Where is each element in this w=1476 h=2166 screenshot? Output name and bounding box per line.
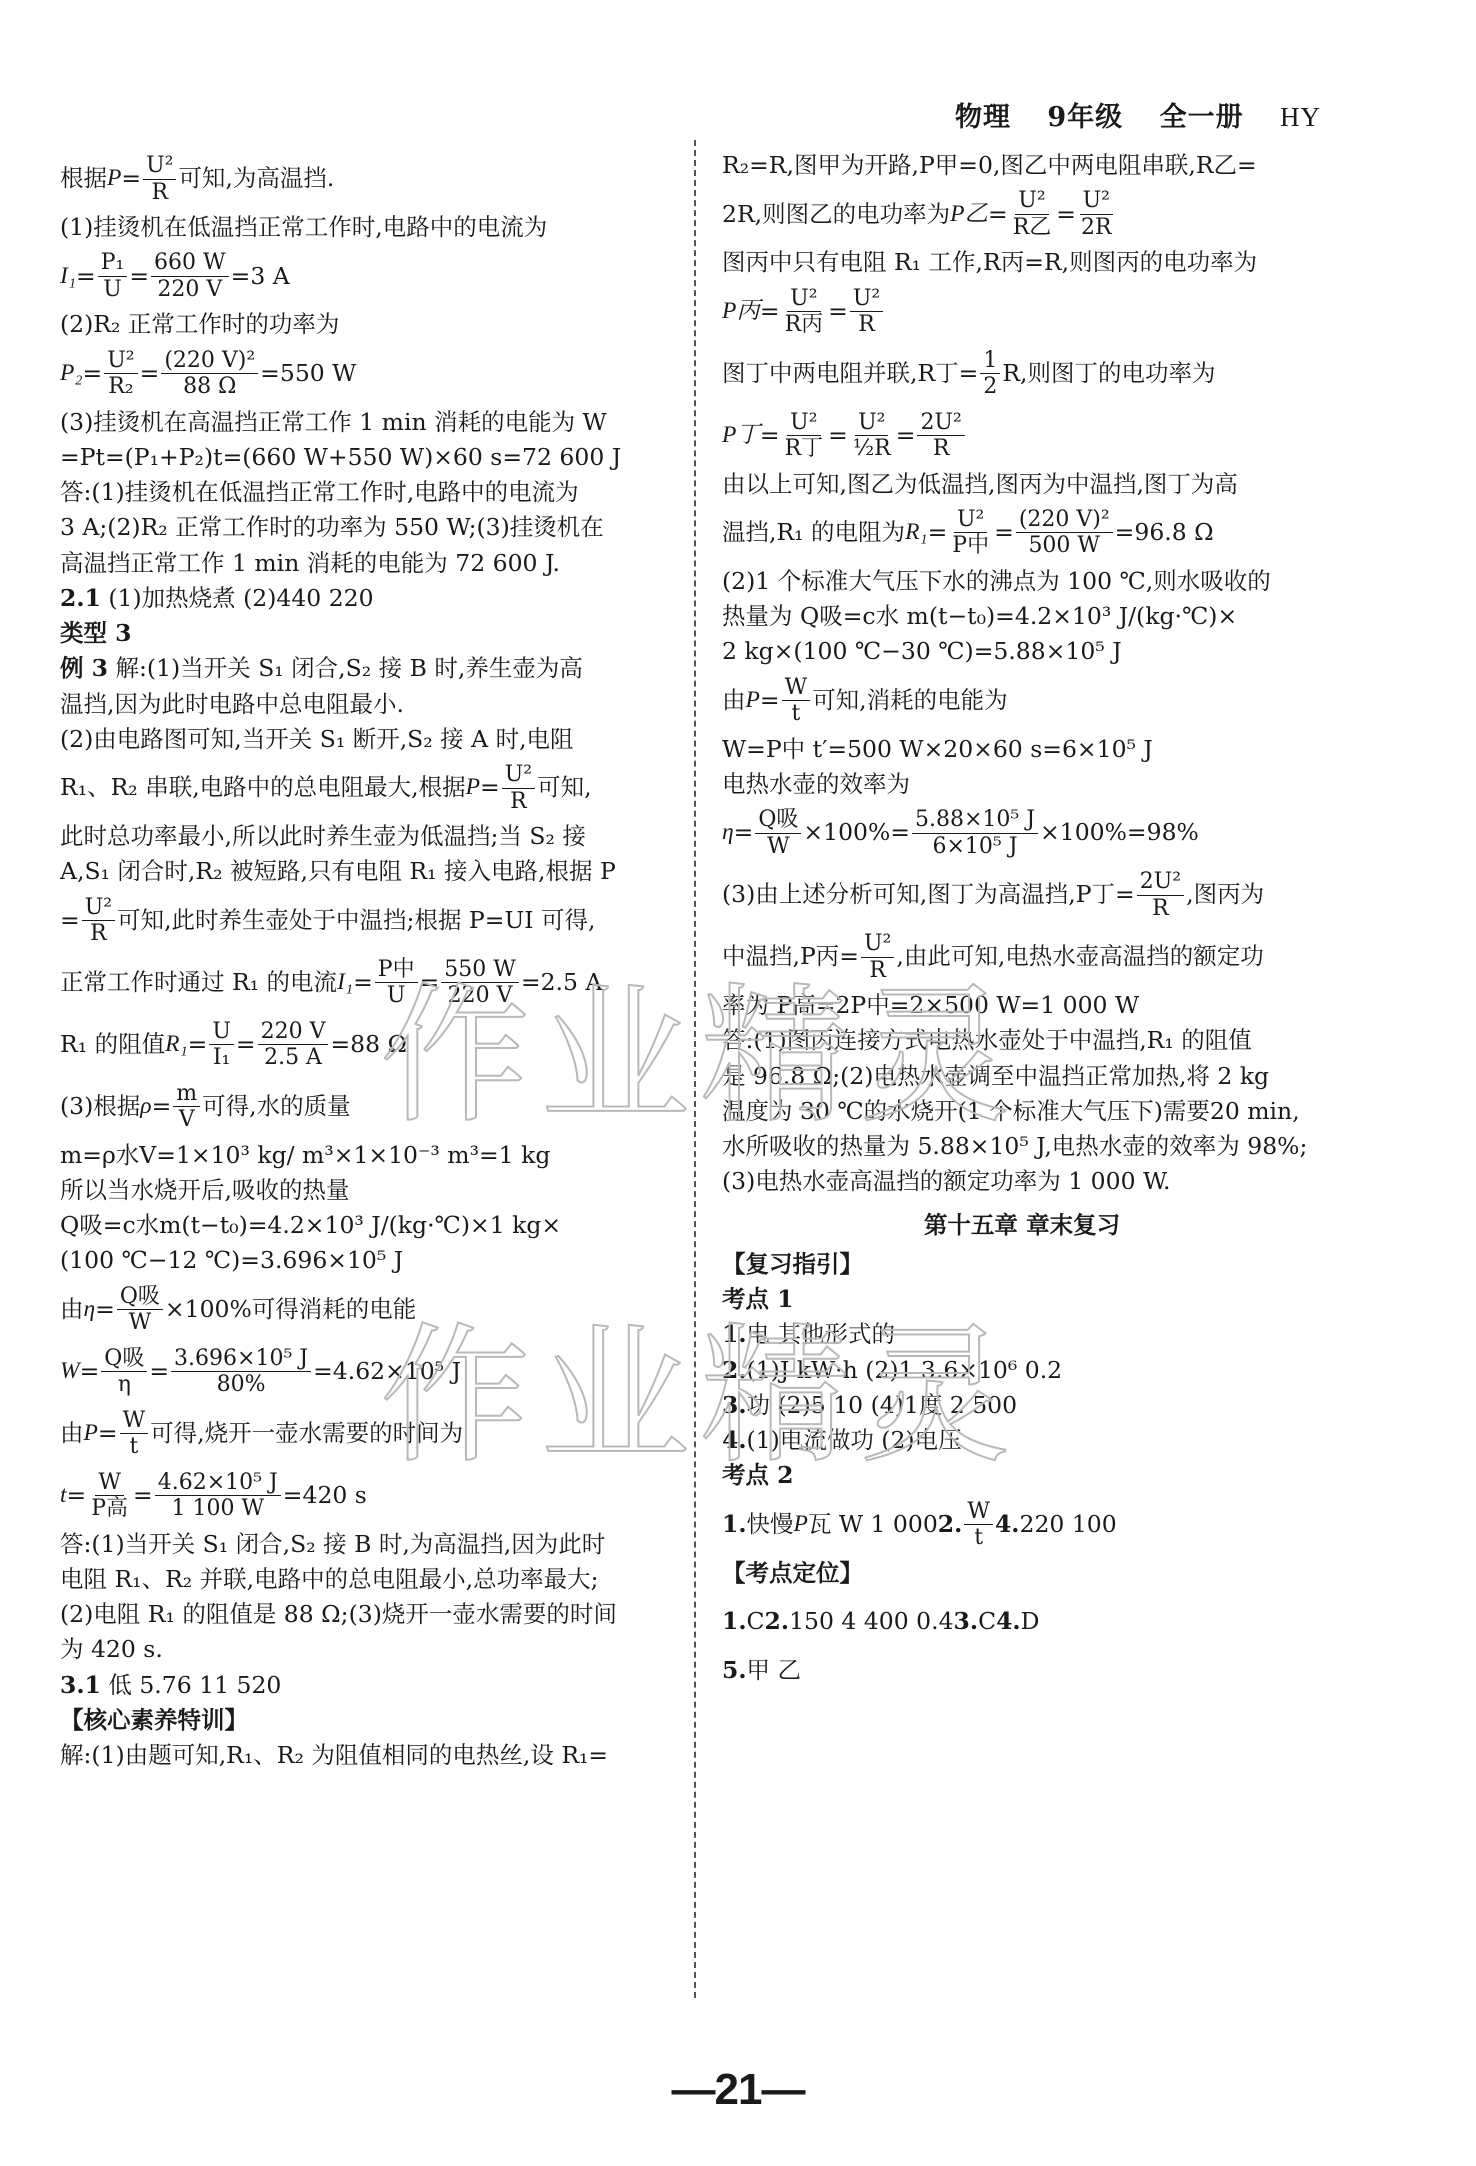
formula-line: 由 P=Wt可知,消耗的电能为 <box>722 670 1322 732</box>
section-heading: 【核心素养特训】 <box>60 1703 660 1738</box>
text-line: 2 kg×(100 ℃−30 ℃)=5.88×10⁵ J <box>722 634 1322 669</box>
formula-line: 根据 P=U²R可知,为高温挡. <box>60 148 660 210</box>
text-line: 图丙中只有电阻 R₁ 工作,R丙=R,则图丙的电功率为 <box>722 245 1322 280</box>
answer-text: 解:(1)当开关 S₁ 闭合,S₂ 接 B 时,养生壶为高 <box>108 654 583 682</box>
grade-label: 9年级 <box>1047 102 1123 133</box>
section-heading: 考点 1 <box>722 1282 1322 1317</box>
formula-line: I₁=P₁U=660 W220 V=3 A <box>60 245 660 307</box>
formula-line: 正常工作时通过 R₁ 的电流 I₁=P中U=550 W220 V=2.5 A <box>60 952 660 1014</box>
text-line: (2)由电路图可知,当开关 S₁ 断开,S₂ 接 A 时,电阻 <box>60 722 660 757</box>
fraction: 2U²R <box>917 410 964 462</box>
page-number: —21— <box>0 2065 1476 2115</box>
formula-line: (3)根据 ρ=mV可得,水的质量 <box>60 1076 660 1138</box>
formula-line: 中温挡,P丙=U²R,由此可知,电热水壶高温挡的额定功 <box>722 926 1322 988</box>
text-line: 答:(1)当开关 S₁ 闭合,S₂ 接 B 时,为高温挡,因为此时 <box>60 1527 660 1562</box>
fraction: 3.696×10⁵ J80% <box>171 1346 311 1398</box>
text-line: 3 A;(2)R₂ 正常工作时的功率为 550 W;(3)挂烫机在 <box>60 510 660 545</box>
text-line: (3)电热水壶高温挡的额定功率为 1 000 W. <box>722 1164 1322 1199</box>
answer-label: 3.1 <box>60 1671 101 1699</box>
text-line: 解:(1)由题可知,R₁、R₂ 为阻值相同的电热丝,设 R₁= <box>60 1738 660 1773</box>
formula-line: R₁ 的阻值 R₁=UI₁=220 V2.5 A=88 Ω <box>60 1014 660 1076</box>
text-line: (2)R₂ 正常工作时的功率为 <box>60 307 660 342</box>
fraction: U²R <box>861 931 894 983</box>
text-line: 水所吸收的热量为 5.88×10⁵ J,电热水壶的效率为 98%; <box>722 1129 1322 1164</box>
answer-label: 2.1 <box>60 584 101 612</box>
fraction: U²P中 <box>949 507 992 559</box>
formula-line: 图丁中两电阻并联,R丁=12R,则图丁的电功率为 <box>722 343 1322 405</box>
edition-label: HY <box>1280 102 1321 132</box>
text-line: 是 96.8 Ω;(2)电热水壶调至中温挡正常加热,将 2 kg <box>722 1059 1322 1094</box>
volume-label: 全一册 <box>1160 102 1244 133</box>
answer-label: 4. <box>722 1426 747 1454</box>
text-line: (2)1 个标准大气压下水的沸点为 100 ℃,则水吸收的 <box>722 564 1322 599</box>
formula-line: (3)由上述分析可知,图丁为高温挡,P丁=2U²R,图丙为 <box>722 864 1322 926</box>
fraction: Q吸W <box>755 807 801 859</box>
answer-text: 功 (2)5 10 (4)1度 2 500 <box>747 1391 1018 1419</box>
left-column: 根据 P=U²R可知,为高温挡.(1)挂烫机在低温挡正常工作时,电路中的电流为I… <box>60 148 660 1773</box>
text-line: A,S₁ 闭合时,R₂ 被短路,只有电阻 R₁ 接入电路,根据 P <box>60 854 660 889</box>
answer-label: 3. <box>722 1391 747 1419</box>
section-heading: 类型 3 <box>60 616 660 651</box>
fraction: U²R乙 <box>1010 188 1055 240</box>
section-heading: 【考点定位】 <box>722 1556 1322 1591</box>
fraction: WP高 <box>88 1470 131 1522</box>
answer-line: 5.甲 乙 <box>722 1653 1322 1688</box>
fraction: 220 V2.5 A <box>258 1019 329 1071</box>
fraction: U²R丁 <box>782 410 827 462</box>
fraction: 550 W220 V <box>441 957 519 1009</box>
formula-line: 1.C 2.150 4 400 0.4 3.C 4.D <box>722 1591 1322 1653</box>
text-line: 由以上可知,图乙为低温挡,图丙为中温挡,图丁为高 <box>722 467 1322 502</box>
fraction: Q吸W <box>117 1284 163 1336</box>
text-line: 电热水壶的效率为 <box>722 767 1322 802</box>
answer-text: (1)J kW·h (2)1 3.6×10⁶ 0.2 <box>747 1356 1063 1384</box>
text-line: 电阻 R₁、R₂ 并联,电路中的总电阻最小,总功率最大; <box>60 1562 660 1597</box>
fraction: U²R <box>502 762 535 814</box>
answer-label: 5. <box>722 1656 747 1684</box>
fraction: U²R₂ <box>104 348 137 400</box>
formula-line: W=Q吸η=3.696×10⁵ J80%=4.62×10⁵ J <box>60 1341 660 1403</box>
formula-line: 由 η=Q吸W×100%可得消耗的电能 <box>60 1279 660 1341</box>
formula-line: =U²R可知,此时养生壶处于中温挡;根据 P=UI 可得, <box>60 890 660 952</box>
chapter-title: 第十五章 章末复习 <box>722 1208 1322 1243</box>
text-line: m=ρ水V=1×10³ kg/ m³×1×10⁻³ m³=1 kg <box>60 1138 660 1173</box>
answer-line: 例 3 解:(1)当开关 S₁ 闭合,S₂ 接 B 时,养生壶为高 <box>60 651 660 686</box>
answer-line: 1.电 其他形式的 <box>722 1317 1322 1352</box>
section-heading: 【复习指引】 <box>722 1247 1322 1282</box>
formula-line: R₁、R₂ 串联,电路中的总电阻最大,根据 P=U²R可知, <box>60 757 660 819</box>
right-column: R₂=R,图甲为开路,P甲=0,图乙中两电阻串联,R乙=2R,则图乙的电功率为 … <box>722 148 1322 1688</box>
text-line: 此时总功率最小,所以此时养生壶为低温挡;当 S₂ 接 <box>60 819 660 854</box>
answer-line: 2.1 (1)加热烧煮 (2)440 220 <box>60 581 660 616</box>
fraction: 660 W220 V <box>151 250 229 302</box>
text-line: 高温挡正常工作 1 min 消耗的电能为 72 600 J. <box>60 546 660 581</box>
answer-label: 例 3 <box>60 654 108 682</box>
text-line: 率为 P高=2P中=2×500 W=1 000 W <box>722 988 1322 1023</box>
fraction: 2U²R <box>1137 869 1184 921</box>
text-line: (1)挂烫机在低温挡正常工作时,电路中的电流为 <box>60 210 660 245</box>
text-line: 为 420 s. <box>60 1632 660 1667</box>
answer-text: 甲 乙 <box>747 1656 801 1684</box>
formula-line: 温挡,R₁ 的电阻为 R₁=U²P中=(220 V)²500 W=96.8 Ω <box>722 502 1322 564</box>
formula-line: 2R,则图乙的电功率为 P乙=U²R乙=U²2R <box>722 183 1322 245</box>
formula-line: η=Q吸W×100%=5.88×10⁵ J6×10⁵ J×100%=98% <box>722 802 1322 864</box>
section-heading: 考点 2 <box>722 1458 1322 1493</box>
text-line: 答:(1)图丙连接方式电热水壶处于中温挡,R₁ 的阻值 <box>722 1023 1322 1058</box>
answer-label: 2. <box>722 1356 747 1384</box>
text-line: W=P中 t′=500 W×20×60 s=6×10⁵ J <box>722 732 1322 767</box>
fraction: Wt <box>964 1499 993 1551</box>
answer-text: 低 5.76 11 520 <box>101 1671 281 1699</box>
text-line: Q吸=c水m(t−t₀)=4.2×10³ J/(kg·℃)×1 kg× <box>60 1208 660 1243</box>
fraction: U²R丙 <box>782 286 827 338</box>
fraction: U²R <box>850 286 883 338</box>
answer-text: (1)加热烧煮 (2)440 220 <box>101 584 374 612</box>
fraction: (220 V)²500 W <box>1016 507 1113 559</box>
text-line: 温度为 30 ℃的水烧开(1 个标准大气压下)需要20 min, <box>722 1094 1322 1129</box>
text-line: 答:(1)挂烫机在低温挡正常工作时,电路中的电流为 <box>60 475 660 510</box>
formula-line: t=WP高=4.62×10⁵ J1 100 W=420 s <box>60 1465 660 1527</box>
fraction: U²R <box>82 895 115 947</box>
text-line: =Pt=(P₁+P₂)t=(660 W+550 W)×60 s=72 600 J <box>60 440 660 475</box>
formula-line: 1.快慢 P 瓦 W 1 000 2.Wt 4.220 100 <box>722 1494 1322 1556</box>
text-line: 所以当水烧开后,吸收的热量 <box>60 1173 660 1208</box>
fraction: P中U <box>375 957 418 1009</box>
answer-line: 3.1 低 5.76 11 520 <box>60 1668 660 1703</box>
formula-line: P丁=U²R丁=U²½R=2U²R <box>722 405 1322 467</box>
formula-line: P₂=U²R₂=(220 V)²88 Ω=550 W <box>60 343 660 405</box>
formula-line: 由 P=Wt可得,烧开一壶水需要的时间为 <box>60 1403 660 1465</box>
fraction: U²½R <box>850 410 894 462</box>
fraction: Q吸η <box>101 1346 147 1398</box>
text-line: R₂=R,图甲为开路,P甲=0,图乙中两电阻串联,R乙= <box>722 148 1322 183</box>
fraction: UI₁ <box>209 1019 234 1071</box>
answer-text: (1)电流做功 (2)电压 <box>747 1426 962 1454</box>
fraction: mV <box>173 1081 200 1133</box>
subject-label: 物理 <box>955 102 1011 133</box>
answer-line: 2.(1)J kW·h (2)1 3.6×10⁶ 0.2 <box>722 1353 1322 1388</box>
fraction: Wt <box>782 675 811 727</box>
fraction: U²R <box>143 153 176 205</box>
answer-line: 3.功 (2)5 10 (4)1度 2 500 <box>722 1388 1322 1423</box>
fraction: P₁U <box>98 250 128 302</box>
column-divider <box>694 140 696 1998</box>
text-line: 温挡,因为此时电路中总电阻最小. <box>60 687 660 722</box>
text-line: 热量为 Q吸=c水 m(t−t₀)=4.2×10³ J/(kg·℃)× <box>722 599 1322 634</box>
fraction: 4.62×10⁵ J1 100 W <box>155 1470 281 1522</box>
fraction: (220 V)²88 Ω <box>161 348 258 400</box>
text-line: (2)电阻 R₁ 的阻值是 88 Ω;(3)烧开一壶水需要的时间 <box>60 1597 660 1632</box>
answer-line: 4.(1)电流做功 (2)电压 <box>722 1423 1322 1458</box>
formula-line: P丙=U²R丙=U²R <box>722 281 1322 343</box>
fraction: 5.88×10⁵ J6×10⁵ J <box>912 807 1038 859</box>
text-line: (100 ℃−12 ℃)=3.696×10⁵ J <box>60 1243 660 1278</box>
answer-text: 电 其他形式的 <box>747 1320 895 1348</box>
page-header: 物理 9年级 全一册 HY <box>929 95 1321 134</box>
answer-label: 1. <box>722 1320 747 1348</box>
fraction: U²2R <box>1078 188 1115 240</box>
fraction: Wt <box>120 1408 149 1460</box>
fraction: 12 <box>980 348 1000 400</box>
text-line: (3)挂烫机在高温挡正常工作 1 min 消耗的电能为 W <box>60 405 660 440</box>
